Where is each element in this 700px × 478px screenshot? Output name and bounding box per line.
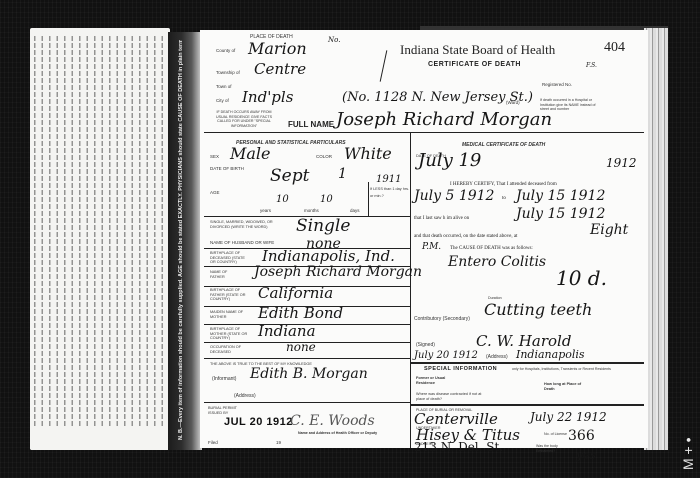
microfilm-margin-marks: M + • — [680, 340, 696, 470]
township-label: Township of — [216, 70, 240, 75]
age-years: 10 — [276, 194, 289, 205]
color-value: White — [344, 144, 392, 163]
cause-label: The CAUSE OF DEATH was as follows: — [450, 246, 533, 251]
years-label: years — [260, 208, 271, 213]
certificate-number: 404 — [604, 40, 625, 56]
birthplace-value: Indianapolis, Ind. — [262, 247, 395, 265]
medical-section-label: MEDICAL CERTIFICATE OF DEATH — [462, 142, 545, 148]
age-months: 10 — [320, 194, 333, 205]
sex-label: SEX — [210, 154, 219, 159]
death-certificate: PLACE OF DEATH County of Marion Township… — [200, 30, 648, 448]
father-birthplace-label: BIRTHPLACE OF FATHER (State or country) — [210, 288, 250, 302]
license-value: 366 — [568, 428, 595, 444]
burial-permit-date-stamp: JUL 20 1912 — [224, 416, 293, 428]
full-name-label: FULL NAME — [288, 120, 334, 129]
undertaker-address-value: 213 N. Del. St. — [414, 440, 503, 454]
county-value: Marion — [248, 39, 307, 58]
marital-value: Single — [296, 216, 350, 236]
ward-label: (Ward) — [506, 100, 520, 105]
left-page-printed-text — [34, 34, 166, 426]
registration-mark: No. — [328, 36, 340, 44]
special-information-note: only for Hospitals, Institutions, Transi… — [512, 367, 611, 371]
mother-value: Edith Bond — [258, 304, 343, 322]
occupation-value: none — [286, 340, 316, 354]
spouse-label: NAME OF HUSBAND OR WIFE — [210, 240, 274, 245]
town-label: Town of — [216, 84, 232, 89]
mother-birthplace-value: Indiana — [258, 322, 316, 340]
health-officer-label: Name and Address of Health Officer or De… — [298, 431, 377, 435]
divider-medical — [410, 362, 644, 364]
contributory-value: Cutting teeth — [484, 300, 592, 319]
registered-no-label: Registered No. — [542, 82, 572, 87]
city-value: Ind'pls — [242, 88, 293, 106]
township-value: Centre — [254, 60, 306, 78]
birthplace-label: BIRTHPLACE OF DECEASED (State or country… — [210, 251, 250, 265]
father-birthplace-value: California — [258, 284, 333, 302]
less-than-day-label: If LESS than 1 day hrs. or min.? — [370, 186, 410, 200]
color-label: COLOR — [316, 154, 332, 159]
father-value: Joseph Richard Morgan — [254, 264, 422, 280]
divider-occupation — [204, 358, 410, 359]
death-time-label: and that death occurred, on the date sta… — [414, 234, 517, 239]
embalmed-value: yes — [576, 448, 596, 462]
street-value: (No. 1128 N. New Jersey St.) — [342, 90, 533, 105]
months-label: months — [304, 208, 319, 213]
left-ledger-page — [30, 28, 170, 450]
filed-label: Filed — [208, 440, 218, 445]
death-time-value: Eight — [590, 222, 628, 238]
disease-contracted-label: Where was disease contracted if not at p… — [416, 392, 486, 401]
cause-value: Entero Colitis — [448, 254, 546, 270]
special-information-label: SPECIAL INFORMATION — [424, 366, 497, 372]
embalmed-label: Was the body Embalmed? — [536, 444, 566, 453]
mother-birthplace-label: BIRTHPLACE OF MOTHER (State or country) — [210, 327, 250, 341]
to-label: to — [502, 196, 506, 201]
divider-informant — [204, 402, 410, 403]
license-label: No. of License — [544, 432, 567, 436]
date-of-death-year: 1912 — [606, 156, 637, 170]
county-label: County of — [216, 48, 235, 53]
center-divider — [410, 132, 411, 448]
filed-year-label: 19 — [276, 440, 281, 445]
duration-label: Duration — [488, 296, 502, 300]
ampm-value: P.M. — [422, 242, 441, 252]
dob-month: Sept — [270, 166, 309, 186]
cause-duration: 10 d. — [556, 266, 607, 290]
informant-address-label: (Address) — [234, 393, 256, 399]
certify-text: I HEREBY CERTIFY, That I attended deceas… — [450, 182, 557, 187]
dob-label: DATE OF BIRTH — [210, 166, 244, 171]
date-of-death-value: July 19 — [418, 150, 481, 171]
spine-instructions: N. B.—Every item of information should b… — [178, 40, 202, 440]
attended-from: July 5 1912 — [414, 188, 494, 204]
mother-label: MAIDEN NAME OF MOTHER — [210, 310, 244, 319]
physician-address: Indianapolis — [516, 348, 585, 361]
signed-date: July 20 1912 — [414, 350, 478, 361]
usual-residence-note: If death occurs away from USUAL RESIDENC… — [212, 110, 276, 128]
left-page-margin — [30, 426, 170, 450]
former-residence-label: Former or Usual Residence — [416, 376, 456, 385]
physician-address-label: (Address) — [486, 354, 508, 360]
handwritten-mark: F.S. — [586, 62, 597, 69]
age-label: AGE — [210, 190, 220, 195]
divider-name — [204, 132, 644, 133]
occupation-label: OCCUPATION OF DECEASED — [210, 345, 250, 354]
dob-year: 1911 — [376, 174, 401, 185]
how-long-label: How long at Place of Death — [544, 382, 584, 391]
full-name-value: Joseph Richard Morgan — [336, 109, 552, 130]
divider-special — [410, 404, 644, 406]
marital-label: SINGLE, MARRIED, WIDOWED, OR DIVORCED (W… — [210, 220, 274, 229]
last-seen-value: July 15 1912 — [516, 206, 605, 222]
days-label: days — [350, 208, 360, 213]
age-box-divider — [368, 182, 369, 216]
informant-value: Edith B. Morgan — [250, 366, 368, 382]
contributory-label: Contributory (Secondary) — [414, 316, 470, 322]
registration-stroke — [380, 50, 388, 82]
certificate-title: CERTIFICATE OF DEATH — [428, 61, 521, 68]
signed-label: (Signed) — [416, 342, 435, 348]
health-officer-signature: C. E. Woods — [290, 413, 375, 429]
sex-value: Male — [230, 144, 271, 163]
attended-to: July 15 1912 — [516, 188, 605, 204]
informant-label: (Informant) — [212, 376, 236, 382]
board-title: Indiana State Board of Health — [400, 42, 555, 58]
burial-permit-label: BURIAL PERMIT ISSUED BY — [208, 406, 242, 415]
city-label: City of — [216, 98, 229, 103]
father-label: NAME OF FATHER — [210, 270, 240, 279]
burial-date-value: July 22 1912 — [530, 410, 607, 424]
dob-day: 1 — [338, 166, 347, 182]
last-seen-label: that I last saw h im alive on — [414, 216, 469, 221]
